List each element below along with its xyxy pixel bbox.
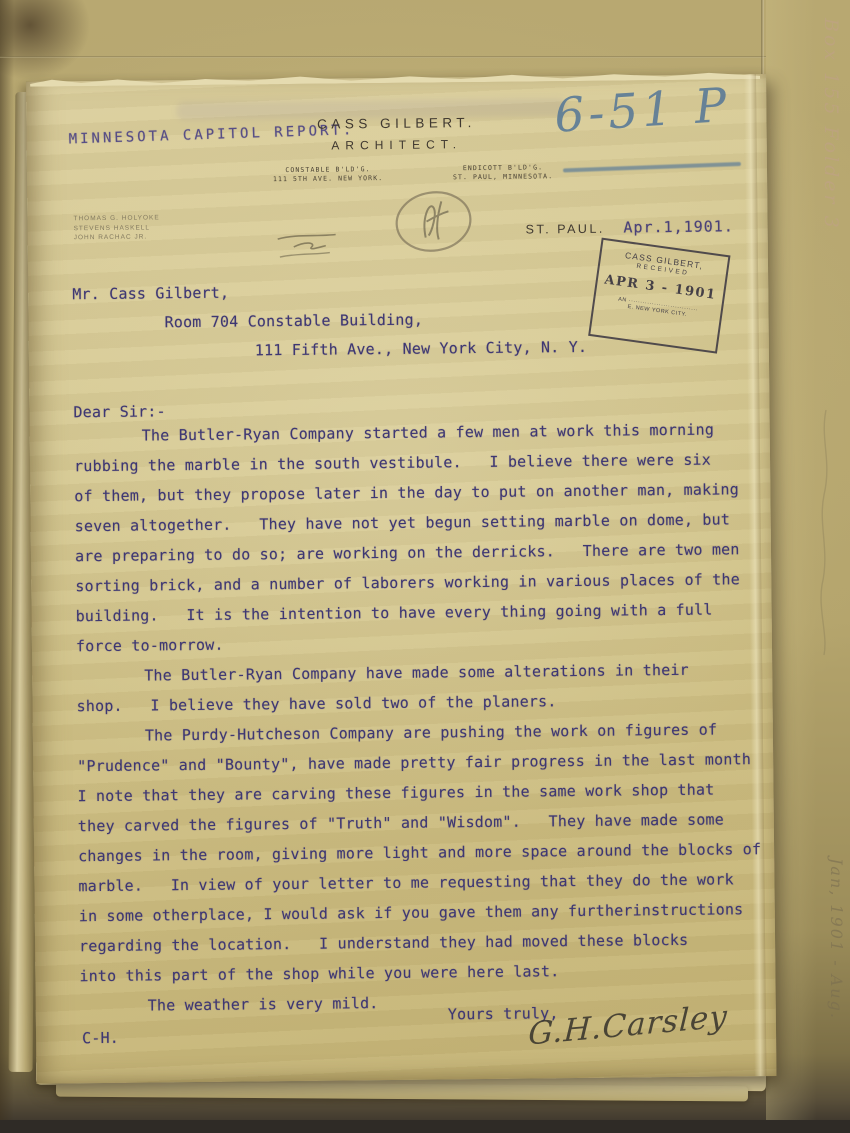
- office-stp-address: ST. PAUL, MINNESOTA.: [419, 172, 587, 183]
- pencil-monogram-icon: [391, 187, 476, 258]
- blue-pencil-underline: [563, 162, 741, 173]
- salutation: Dear Sir:-: [73, 402, 165, 421]
- archive-box-note: Box 155 Folder 3: [820, 18, 842, 231]
- letter-body: The Butler-Ryan Company started a few me…: [74, 420, 780, 1027]
- archive-date-note: Jan, 1901 - Aug.: [827, 858, 846, 1020]
- letterhead-architect-name: CASS GILBERT.: [274, 115, 518, 133]
- dateline: ST. PAUL. Apr.1,1901.: [526, 216, 734, 237]
- letterhead-architect-title: ARCHITECT.: [275, 137, 519, 154]
- received-stamp: CASS GILBERT, RECEIVED APR 3 - 1901 AN ·…: [588, 238, 730, 354]
- reference-initials: C-H.: [82, 1029, 119, 1047]
- recipient-name: Mr. Cass Gilbert,: [72, 284, 229, 304]
- office-ny-address: 111 5TH AVE. NEW YORK.: [239, 174, 417, 185]
- letterhead-staff-list: THOMAS G. HOLYOKE STEVENS HASKELL JOHN R…: [73, 213, 160, 242]
- recipient-building: Room 704 Constable Building,: [164, 311, 423, 332]
- pencil-check-squiggle-icon: [272, 230, 342, 263]
- blue-pencil-call-number: 6-51 P: [553, 78, 732, 144]
- letterhead-stpaul-office: ENDICOTT B'LD'G. ST. PAUL, MINNESOTA.: [419, 163, 587, 183]
- folder-crease: [0, 56, 766, 58]
- desk-edge-shadow: [0, 1120, 850, 1133]
- dateline-date: Apr.1,1901.: [623, 217, 734, 236]
- staff-name: JOHN RACHAC JR.: [74, 232, 160, 242]
- pencil-scribble-icon: [812, 400, 838, 660]
- staff-name: THOMAS G. HOLYOKE: [73, 213, 159, 223]
- letter-sheet: MINNESOTA CAPITOL REPORT. CASS GILBERT. …: [26, 74, 776, 1084]
- folder-fold-line: [761, 0, 764, 82]
- letterhead-newyork-office: CONSTABLE B'LD'G. 111 5TH AVE. NEW YORK.: [239, 165, 417, 185]
- recipient-city: 111 Fifth Ave., New York City, N. Y.: [255, 338, 587, 359]
- dateline-place: ST. PAUL.: [526, 222, 605, 237]
